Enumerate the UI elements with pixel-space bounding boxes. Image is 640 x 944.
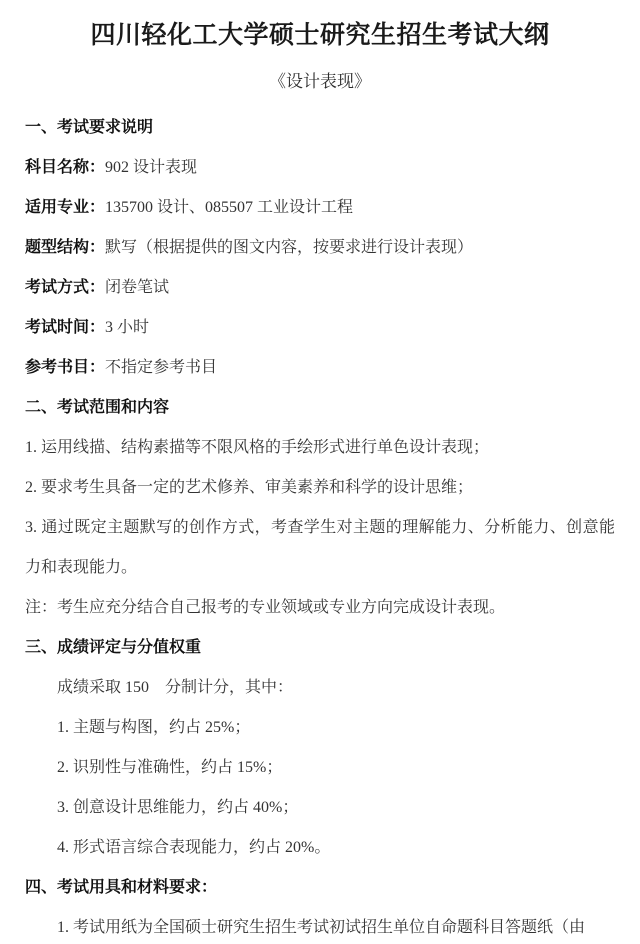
field-value: 902 设计表现: [105, 159, 197, 176]
field-label: 考试方式：: [25, 279, 105, 296]
field-value: 闭卷笔试: [105, 279, 169, 296]
paragraph: 2. 要求考生具备一定的艺术修养、审美素养和科学的设计思维；: [25, 468, 615, 508]
field-reference-books: 参考书目：不指定参考书目: [25, 348, 615, 388]
section-exam-requirements: 一、考试要求说明 科目名称：902 设计表现 适用专业：135700 设计、08…: [25, 108, 615, 388]
field-value: 135700 设计、085507 工业设计工程: [105, 199, 353, 216]
field-question-structure: 题型结构：默写（根据提供的图文内容，按要求进行设计表现）: [25, 228, 615, 268]
section-grading-weights: 三、成绩评定与分值权重 成绩采取 150 分制计分，其中： 1. 主题与构图，约…: [25, 628, 615, 868]
list-item: 2. 识别性与准确性，约占 15%；: [25, 748, 615, 788]
section-heading: 二、考试范围和内容: [25, 388, 615, 428]
section-heading: 四、考试用具和材料要求：: [25, 868, 615, 908]
list-item: 1. 主题与构图，约占 25%；: [25, 708, 615, 748]
paragraph: 1. 运用线描、结构素描等不限风格的手绘形式进行单色设计表现；: [25, 428, 615, 468]
field-label: 参考书目：: [25, 359, 105, 376]
field-label: 题型结构：: [25, 239, 105, 256]
field-exam-format: 考试方式：闭卷笔试: [25, 268, 615, 308]
doc-title: 四川轻化工大学硕士研究生招生考试大纲: [25, 14, 615, 56]
field-subject-name: 科目名称：902 设计表现: [25, 148, 615, 188]
section-heading: 三、成绩评定与分值权重: [25, 628, 615, 668]
paragraph: 3. 通过既定主题默写的创作方式，考查学生对主题的理解能力、分析能力、创意能力和…: [25, 508, 615, 588]
section-heading: 一、考试要求说明: [25, 108, 615, 148]
field-label: 适用专业：: [25, 199, 105, 216]
field-value: 3 小时: [105, 319, 149, 336]
list-item: 3. 创意设计思维能力，约占 40%；: [25, 788, 615, 828]
field-value: 不指定参考书目: [105, 359, 217, 376]
doc-subtitle: 《设计表现》: [25, 56, 615, 108]
field-label: 科目名称：: [25, 159, 105, 176]
list-item: 1. 考试用纸为全国硕士研究生招生考试初试招生单位自命题科目答题纸（由: [25, 908, 615, 944]
section-exam-materials: 四、考试用具和材料要求： 1. 考试用纸为全国硕士研究生招生考试初试招生单位自命…: [25, 868, 615, 944]
paragraph-note: 注：考生应充分结合自己报考的专业领域或专业方向完成设计表现。: [25, 588, 615, 628]
grading-intro: 成绩采取 150 分制计分，其中：: [25, 668, 615, 708]
field-exam-duration: 考试时间：3 小时: [25, 308, 615, 348]
field-applicable-majors: 适用专业：135700 设计、085507 工业设计工程: [25, 188, 615, 228]
list-item: 4. 形式语言综合表现能力，约占 20%。: [25, 828, 615, 868]
section-exam-scope: 二、考试范围和内容 1. 运用线描、结构素描等不限风格的手绘形式进行单色设计表现…: [25, 388, 615, 628]
field-value: 默写（根据提供的图文内容，按要求进行设计表现）: [105, 239, 473, 256]
field-label: 考试时间：: [25, 319, 105, 336]
document-page: 四川轻化工大学硕士研究生招生考试大纲 《设计表现》 一、考试要求说明 科目名称：…: [0, 0, 640, 944]
